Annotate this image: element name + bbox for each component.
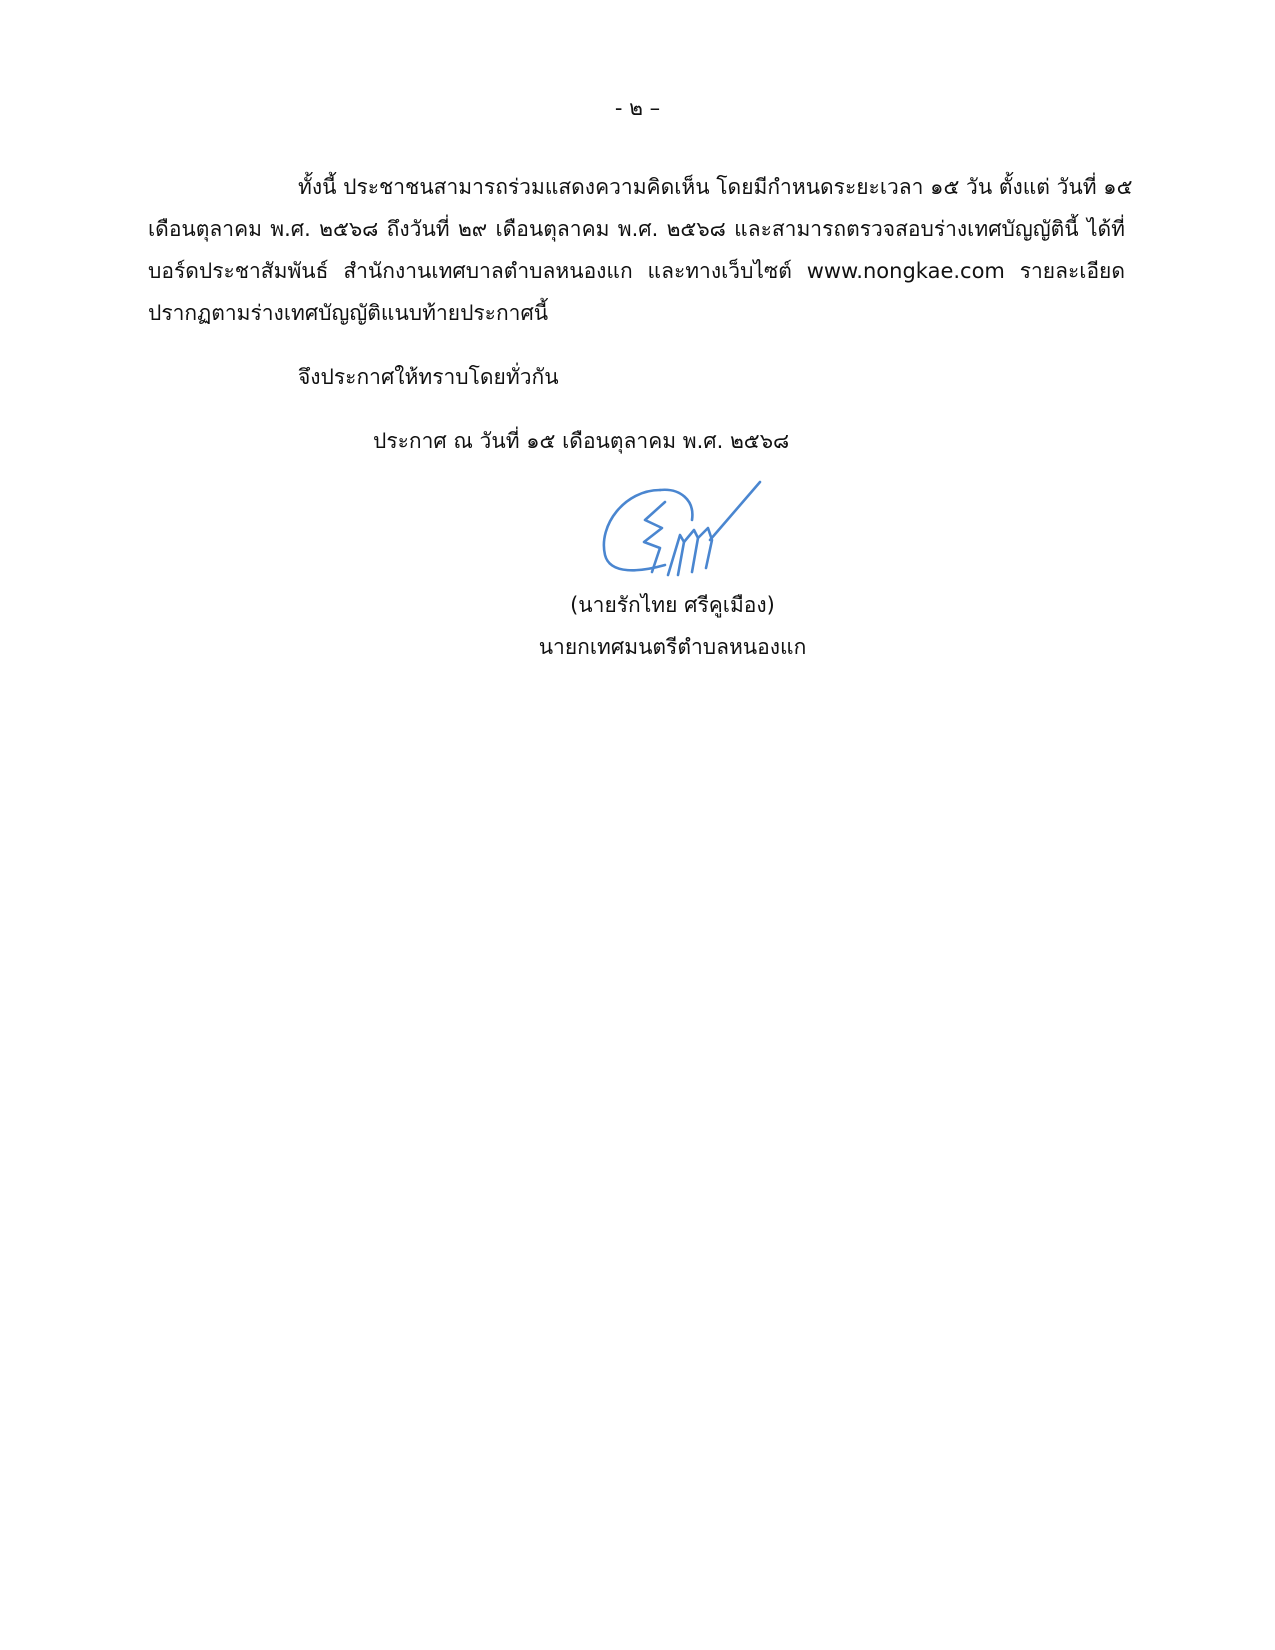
closing-statement: จึงประกาศให้ทราบโดยทั่วกัน — [298, 362, 559, 392]
signature-image — [600, 480, 800, 590]
signatory-name: (นายรักไทย ศรีคูเมือง) — [0, 590, 1275, 620]
body-paragraph: ทั้งนี้ ประชาชนสามารถร่วมแสดงความคิดเห็น… — [148, 166, 1125, 334]
paragraph-line: ปรากฏตามร่างเทศบัญญัติแนบท้ายประกาศนี้ — [148, 292, 1125, 334]
paragraph-line: บอร์ดประชาสัมพันธ์ สำนักงานเทศบาลตำบลหนอ… — [148, 250, 1125, 292]
announcement-date: ประกาศ ณ วันที่ ๑๕ เดือนตุลาคม พ.ศ. ๒๕๖๘ — [373, 426, 789, 456]
paragraph-line: ทั้งนี้ ประชาชนสามารถร่วมแสดงความคิดเห็น… — [148, 166, 1125, 208]
signatory-title: นายกเทศมนตรีตำบลหนองแก — [0, 632, 1275, 662]
paragraph-line: เดือนตุลาคม พ.ศ. ๒๕๖๘ ถึงวันที่ ๒๙ เดือน… — [148, 208, 1125, 250]
signature-icon — [600, 480, 800, 590]
page-number: - ๒ – — [0, 93, 1275, 123]
